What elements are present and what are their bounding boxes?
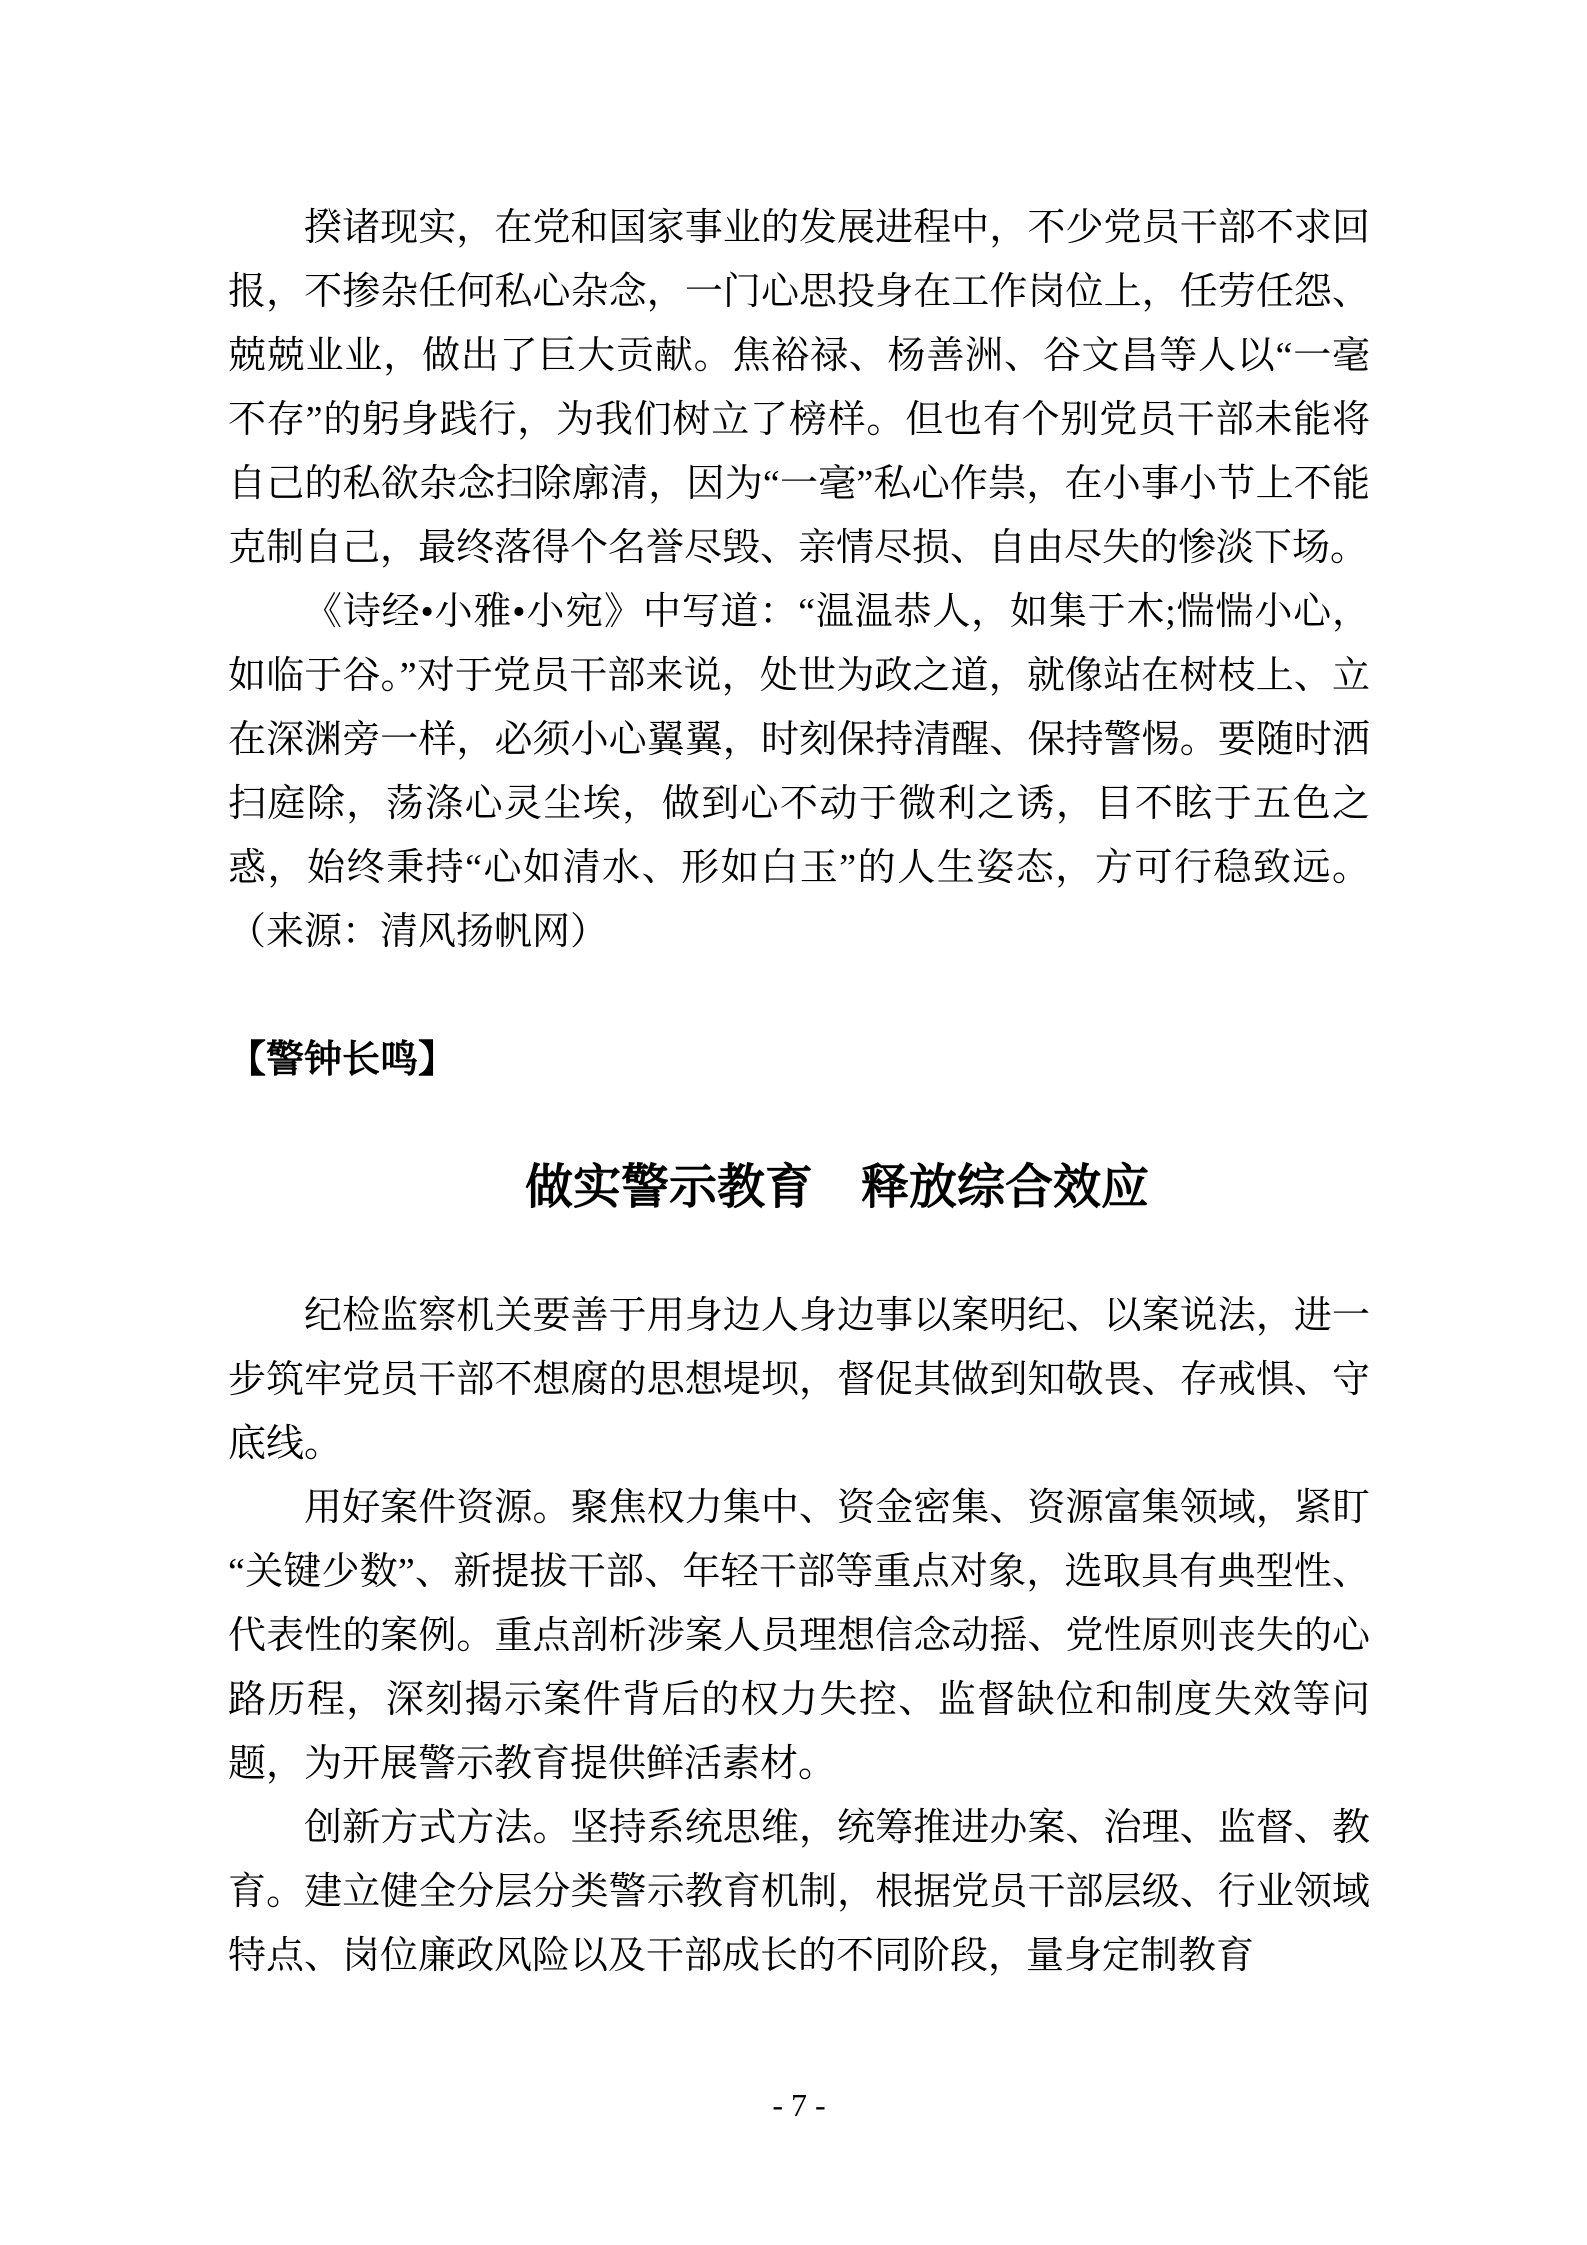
document-page: 揆诸现实，在党和国家事业的发展进程中，不少党员干部不求回报，不掺杂任何私心杂念，… (0, 0, 1587, 2245)
paragraph-case-resources: 用好案件资源。聚焦权力集中、资金密集、资源富集领域，紧盯“关键少数”、新提拔干部… (228, 1476, 1370, 1796)
document-body: 揆诸现实，在党和国家事业的发展进程中，不少党员干部不求回报，不掺杂任何私心杂念，… (228, 196, 1370, 1988)
paragraph-jijian-jiancha: 纪检监察机关要善于用身边人身边事以案明纪、以案说法，进一步筑牢党员干部不想腐的思… (228, 1284, 1370, 1476)
section-marker-jingzhongchangming: 【警钟长鸣】 (228, 1028, 1370, 1092)
paragraph-innovate-methods: 创新方式方法。坚持系统思维，统筹推进办案、治理、监督、教育。建立健全分层分类警示… (228, 1796, 1370, 1988)
page-number: - 7 - (228, 2082, 1370, 2128)
paragraph-reality: 揆诸现实，在党和国家事业的发展进程中，不少党员干部不求回报，不掺杂任何私心杂念，… (228, 196, 1370, 580)
article-title: 做实警示教育 释放综合效应 (228, 1156, 1370, 1220)
paragraph-shijing-quote: 《诗经•小雅•小宛》中写道：“温温恭人，如集于木;惴惴小心，如临于谷。”对于党员… (228, 580, 1370, 964)
